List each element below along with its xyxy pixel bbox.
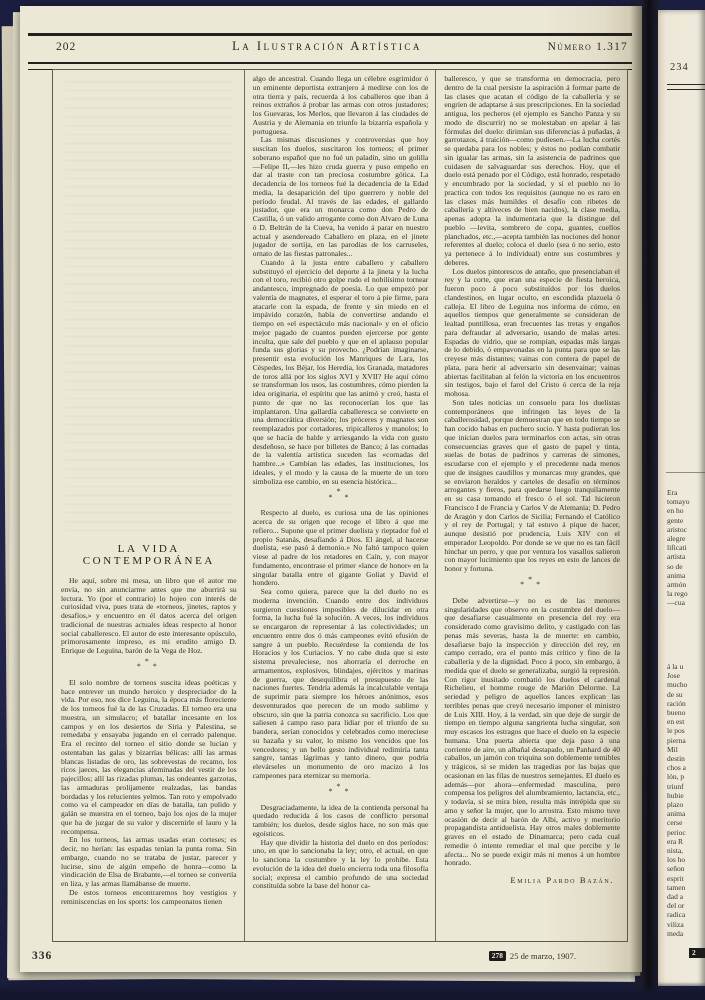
next-page-text-fragment: viliza	[667, 920, 705, 929]
next-page-text-fragment: á la u	[667, 662, 705, 671]
article-paragraph: Son tales noticias un consuelo para los …	[444, 399, 620, 574]
issue-number: Número 1.317	[478, 41, 632, 53]
article-paragraph: Debe advertirse—y no es de las menores s…	[444, 597, 620, 868]
next-page-issue-badge: 2	[689, 948, 705, 958]
next-page-text-fragment: armón	[667, 580, 705, 589]
next-page-text-fragment: esprit	[667, 874, 705, 883]
next-page-text-fragment: pierna	[667, 736, 705, 745]
next-page-text-fragment: anima	[667, 809, 705, 818]
next-page-text-fragment: chos a	[667, 763, 705, 772]
next-page-header-rule	[667, 84, 705, 90]
next-page-text-fragment: mucho	[667, 680, 705, 689]
next-page-text-fragment: triunf	[667, 782, 705, 791]
page-footer: 336 278 25 de marzo, 1907.	[32, 948, 628, 964]
book-gutter-shadow	[630, 0, 660, 1000]
next-page-sliver: 234 Eratomayoen hogentearistocalegrelifi…	[658, 10, 705, 986]
next-page-text-fragment: gente	[667, 516, 705, 525]
next-page-text-fragment: lón, p	[667, 772, 705, 781]
next-page-text-fragment: meda	[667, 929, 705, 938]
next-page-text-fragment: so de	[667, 562, 705, 571]
article-paragraph: Respecto al duelo, es curiosa una de las…	[253, 509, 429, 588]
next-page-text-fragment: Era	[667, 488, 705, 497]
next-page-text-fragment: plazo	[667, 800, 705, 809]
footer-date: 25 de marzo, 1907.	[510, 951, 576, 961]
next-page-text-fragment: la rego	[667, 589, 705, 598]
article-paragraph: Sea como quiera, parece que la del duelo…	[253, 588, 429, 781]
footer-issue-date: 278 25 de marzo, 1907.	[489, 951, 576, 962]
article-paragraph: balleresco, y que se transforma en democ…	[444, 75, 620, 268]
article-paragraph: De estos torneos encontraremos hoy vesti…	[61, 889, 237, 907]
article-paragraph: Desgraciadamente, la idea de la contiend…	[253, 804, 429, 839]
desk-background: 202 La Ilustración Artística Número 1.31…	[0, 0, 705, 1000]
next-page-text-fragment: cerse	[667, 818, 705, 827]
text-column-left: LA VIDA CONTEMPORÁNEAHe aquí, sobre mi m…	[53, 70, 244, 941]
next-page-text-fragment: lificati	[667, 543, 705, 552]
next-page-text-fragment: hubie	[667, 791, 705, 800]
blank-column-space	[61, 75, 237, 543]
next-page-text-fragment: dad a	[667, 892, 705, 901]
article-paragraph: algo de ancestral. Cuando llega un céleb…	[253, 75, 429, 136]
next-page-text-fragment: aristoc	[667, 525, 705, 534]
text-column-center: algo de ancestral. Cuando llega un céleb…	[244, 70, 436, 941]
next-page-text-fragment: de su	[667, 690, 705, 699]
next-page-text-fragment: Jose	[667, 671, 705, 680]
issue-badge: 278	[489, 951, 506, 962]
article-paragraph: El solo nombre de torneos suscita ideas …	[61, 679, 237, 837]
article-title: LA VIDA CONTEMPORÁNEA	[61, 543, 237, 567]
article-paragraph: Los duelos pintorescos de antaño, que pr…	[444, 268, 620, 399]
desk-shadow	[0, 982, 705, 1000]
next-page-text-fragment: perioc	[667, 828, 705, 837]
article-body: LA VIDA CONTEMPORÁNEAHe aquí, sobre mi m…	[52, 69, 628, 942]
asterism-separator: ** *	[253, 784, 429, 800]
next-page-text-fragment: anima	[667, 571, 705, 580]
next-page-text-fragment: bueno	[667, 708, 705, 717]
page-header: 202 La Ilustración Artística Número 1.31…	[28, 39, 632, 61]
next-page-text-fragment: alegre	[667, 534, 705, 543]
next-page-text-fragment: nista,	[667, 846, 705, 855]
next-page-text-fragment: tamen	[667, 883, 705, 892]
article-paragraph: En los torneos, las armas usadas eran co…	[61, 836, 237, 889]
next-page-number: 234	[670, 62, 689, 73]
article-paragraph: He aquí, sobre mi mesa, un libro que el …	[61, 577, 237, 656]
show-through-ghosting	[65, 81, 233, 539]
next-page-text-fragment: artista	[667, 552, 705, 561]
next-page-text-fragment: ración	[667, 699, 705, 708]
next-page-text-fragment: en ho	[667, 506, 705, 515]
page-number: 202	[28, 41, 176, 53]
next-page-text-fragment: era R	[667, 837, 705, 846]
next-page-text-fragment: los ho	[667, 855, 705, 864]
next-page-text-fragment: en est	[667, 717, 705, 726]
next-page-text-fragment: destin	[667, 754, 705, 763]
article-paragraph: Hay que dividir la historia del duelo en…	[253, 839, 429, 892]
next-page-section-rule	[666, 472, 705, 473]
article-paragraph: Cuando á la justa entre caballero y caba…	[253, 259, 429, 487]
magazine-page: 202 La Ilustración Artística Número 1.31…	[20, 6, 642, 972]
author-signature: Emilia Pardo Bazán.	[444, 875, 620, 885]
folio-number: 336	[32, 950, 52, 962]
next-page-text-fragment: Mil	[667, 745, 705, 754]
next-page-text-fragment: radica	[667, 910, 705, 919]
asterism-separator: ** *	[61, 659, 237, 675]
next-page-text-fragment: del or	[667, 901, 705, 910]
header-top-rule	[28, 33, 632, 36]
text-column-right: balleresco, y que se transforma en democ…	[435, 70, 627, 941]
asterism-separator: ** *	[444, 577, 620, 593]
next-page-text-fragment: le pos	[667, 726, 705, 735]
next-page-text-fragment: —cua	[667, 598, 705, 607]
next-page-text-fragment: tomayo	[667, 497, 705, 506]
next-page-text-fragment: señon	[667, 864, 705, 873]
next-page-fragments-lower: á la uJosemuchode suraciónbuenoen estle …	[667, 662, 705, 938]
journal-title: La Ilustración Artística	[176, 39, 478, 54]
next-page-fragments-upper: Eratomayoen hogentearistocalegrelificati…	[667, 488, 705, 608]
article-paragraph: Las mismas discusiones y controversias q…	[253, 136, 429, 259]
asterism-separator: ** *	[253, 489, 429, 505]
